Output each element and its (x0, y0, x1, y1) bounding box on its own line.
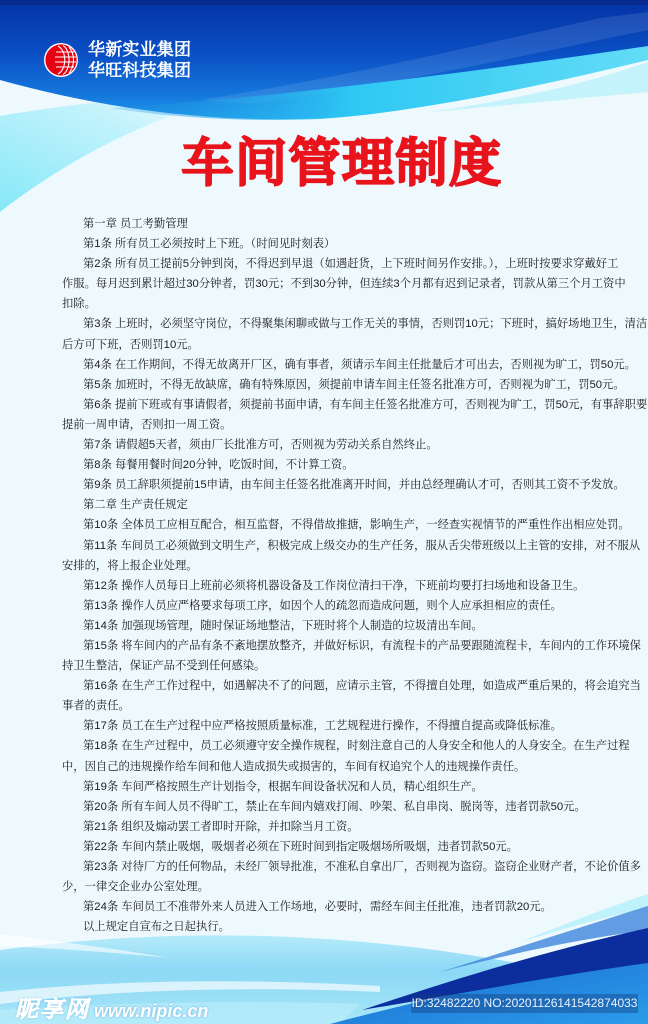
article: 第1条 所有员工必须按时上下班。（时间见时刻表） (62, 234, 624, 254)
article: 第20条 所有车间人员不得旷工，禁止在车间内嬉戏打闹、吵架、私自串岗、脱岗等，违… (62, 797, 624, 817)
article: 第9条 员工辞职须提前15申请，由车间主任签名批准离开时间，并由总经理确认才可，… (62, 475, 624, 495)
article: 第3条 上班时，必须坚守岗位，不得聚集闲聊或做与工作无关的事情，否则罚10元；下… (62, 314, 624, 354)
company-name-1: 华新实业集团 (88, 40, 191, 61)
image-id-badge: ID:32482220 NO:20201126141542874033 (411, 994, 638, 1013)
article: 第6条 提前下班或有事请假者，须提前书面申请，有车间主任签名批准方可，否则视为旷… (62, 395, 624, 435)
watermark-brand: 昵享网 (15, 996, 90, 1022)
article: 第21条 组织及煽动罢工者即时开除，并扣除当月工资。 (62, 817, 624, 837)
article: 第4条 在工作期间，不得无故离开厂区，确有事者，须请示车间主任批量后才可出去，否… (62, 355, 624, 375)
chapter-heading: 第二章 生产责任规定 (62, 495, 624, 515)
article: 第7条 请假超5天者，须由厂长批准方可，否则视为劳动关系自然终止。 (62, 435, 624, 455)
article: 第18条 在生产过程中，员工必须遵守安全操作规程，时刻注意自己的人身安全和他人的… (62, 736, 624, 776)
site-watermark: 昵享网www.nipic.cn (15, 991, 208, 1024)
article: 第10条 全体员工应相互配合，相互监督，不得借故推搪，影响生产，一经查实视情节的… (62, 515, 624, 535)
company-name-2: 华旺科技集团 (88, 61, 191, 82)
article: 第8条 每餐用餐时间20分钟，吃饭时间，不计算工资。 (62, 455, 624, 475)
page-title: 车间管理制度 (176, 136, 508, 192)
chapter-heading: 第一章 员工考勤管理 (62, 214, 624, 234)
regulation-document: 第一章 员工考勤管理 第1条 所有员工必须按时上下班。（时间见时刻表） 第2条 … (62, 214, 624, 937)
article: 第19条 车间严格按照生产计划指令，根据车间设备状况和人员，精心组织生产。 (62, 777, 624, 797)
article: 第12条 操作人员每日上班前必须将机器设备及工作岗位清扫干净，下班前均要打扫场地… (62, 576, 624, 596)
red-globe-logo-icon (43, 42, 79, 78)
article: 第24条 车间员工不准带外来人员进入工作场地，必要时，需经车间主任批准，违者罚款… (62, 897, 624, 917)
watermark-url: www.nipic.cn (94, 1001, 208, 1021)
article: 第23条 对待厂方的任何物品，未经厂领导批准，不准私自拿出厂，否则视为盗窃。盗窃… (62, 857, 624, 897)
article: 第22条 车间内禁止吸烟，吸烟者必须在下班时间到指定吸烟场所吸烟，违者罚款50元… (62, 837, 624, 857)
closing-statement: 以上规定自宣布之日起执行。 (62, 917, 624, 937)
company-names: 华新实业集团 华旺科技集团 (88, 40, 191, 81)
article: 第16条 在生产工作过程中，如遇解决不了的问题，应请示主管，不得擅自处理，如造成… (62, 676, 624, 716)
article: 第13条 操作人员应严格要求每项工序，如因个人的疏忽而造成问题，则个人应承担相应… (62, 596, 624, 616)
article: 第2条 所有员工提前5分钟到岗，不得迟到早退（如遇赶货，上下班时间另作安排。），… (62, 254, 624, 314)
article: 第15条 将车间内的产品有条不紊地摆放整齐，并做好标识，有流程卡的产品要跟随流程… (62, 636, 624, 676)
article: 第17条 员工在生产过程中应严格按照质量标准，工艺规程进行操作，不得擅自提高或降… (62, 716, 624, 736)
article: 第5条 加班时，不得无故缺席，确有特殊原因，须提前申请车间主任签名批准方可，否则… (62, 375, 624, 395)
article: 第11条 车间员工必须做到文明生产，积极完成上级交办的生产任务，服从舌尖带班级以… (62, 536, 624, 576)
article: 第14条 加强现场管理，随时保证场地整洁，下班时将个人制造的垃圾清出车间。 (62, 616, 624, 636)
